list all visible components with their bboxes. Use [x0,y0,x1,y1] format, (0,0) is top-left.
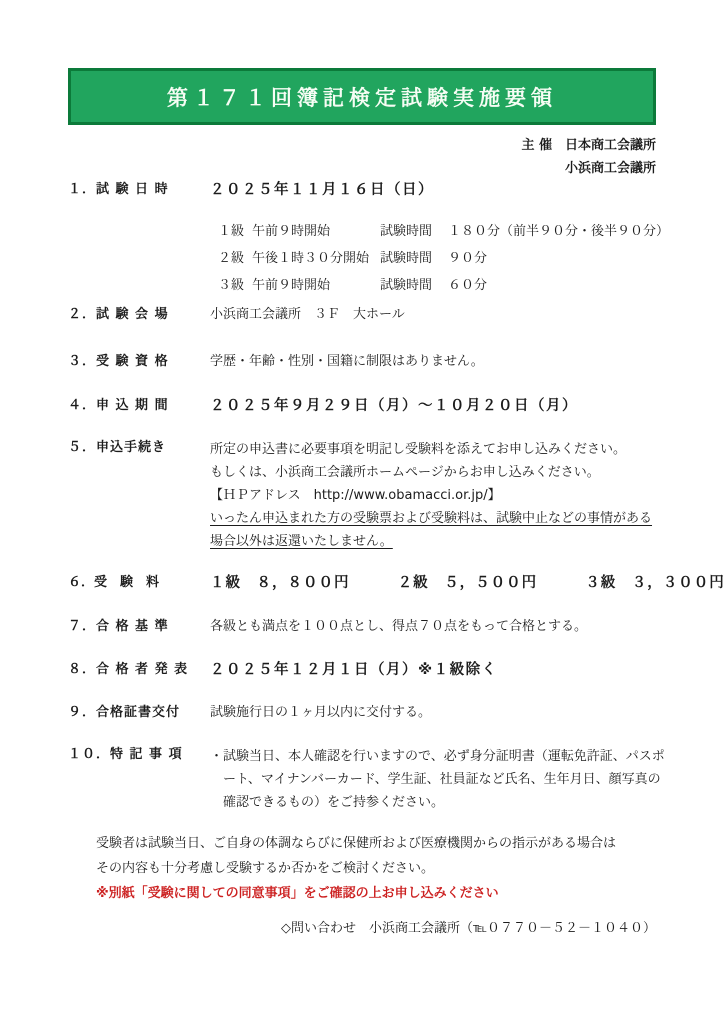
item-application-period: ４．申 込 期 間 ２０２５年９月２９日（月）～１０月２０日（月） [68,396,578,416]
procedure-line-url: 【ＨＰアドレス http://www.obamacci.or.jp/】 [210,484,652,507]
exam-duration-value: １８０分（前半９０分・後半９０分） [448,218,669,245]
grade-start-time: 午前９時開始 [252,272,380,299]
exam-duration-label: 試験時間 [380,245,448,272]
organizer-block: 主 催 日本商工会議所 小浜商工会議所 [521,134,656,180]
fees-label: ６．受 験 料 [68,573,210,594]
fees-values: １級 ８，８００円 ２級 ５，５００円 ３級 ３，３００円 [210,573,724,594]
item-passing-criteria: ７．合 格 基 準 各級とも満点を１００点とし、得点７０点をもって合格とする。 [68,617,587,637]
exam-duration-value: ６０分 [448,272,487,299]
health-note-block: 受験者は試験当日、ご自身の体調ならびに保健所および医療機関からの指示がある場合は… [96,831,616,906]
health-note-line-1: 受験者は試験当日、ご自身の体調ならびに保健所および医療機関からの指示がある場合は [96,831,616,856]
exam-time-row-grade2: ２級 午後１時３０分開始 試験時間 ９０分 [218,245,669,272]
organizer-line-1: 主 催 日本商工会議所 [521,134,656,157]
item-venue: ２．試 験 会 場 小浜商工会議所 ３Ｆ 大ホール [68,305,405,325]
results-announcement-label: ８．合 格 者 発 表 [68,660,210,680]
exam-time-row-grade1: １級 午前９時開始 試験時間 １８０分（前半９０分・後半９０分） [218,218,669,245]
contact-info: ◇問い合わせ 小浜商工会議所（℡０７７０－５２－１０４０） [281,917,656,936]
special-notes-line-3: 確認できるもの）をご持参ください。 [210,791,665,814]
venue-label: ２．試 験 会 場 [68,305,210,325]
passing-criteria-label: ７．合 格 基 準 [68,617,210,637]
application-period-label: ４．申 込 期 間 [68,396,210,416]
exam-duration-label: 試験時間 [380,218,448,245]
fee-grade1: １級 ８，８００円 [210,575,350,591]
grade-name: ３級 [218,272,252,299]
procedure-refund-note-line-2: 場合以外は返還いたしません。 [210,534,393,549]
document-page: 第１７１回簿記検定試験実施要領 主 催 日本商工会議所 小浜商工会議所 １．試 … [0,0,724,1024]
page-title: 第１７１回簿記検定試験実施要領 [167,82,557,112]
eligibility-value: 学歴・年齢・性別・国籍に制限はありません。 [210,352,484,372]
results-announcement-value: ２０２５年１２月１日（月）※１級除く [210,660,498,680]
item-application-procedure: ５．申込手続き 所定の申込書に必要事項を明記し受験料を添えてお申し込みください。… [68,438,652,553]
item-fees: ６．受 験 料 １級 ８，８００円 ２級 ５，５００円 ３級 ３，３００円 [68,573,724,594]
eligibility-label: ３．受 験 資 格 [68,352,210,372]
exam-times-table: １級 午前９時開始 試験時間 １８０分（前半９０分・後半９０分） ２級 午後１時… [218,218,669,299]
item-results-announcement: ８．合 格 者 発 表 ２０２５年１２月１日（月）※１級除く [68,660,498,680]
certificate-delivery-value: 試験施行日の１ヶ月以内に交付する。 [210,703,431,723]
exam-duration-value: ９０分 [448,245,487,272]
exam-datetime-label: １．試 験 日 時 [68,180,210,200]
procedure-refund-note-line-1: いったん申込まれた方の受験票および受験料は、試験中止などの事情がある [210,507,652,530]
title-banner: 第１７１回簿記検定試験実施要領 [68,68,656,125]
organizer-line-2: 小浜商工会議所 [521,157,656,180]
special-notes-label: １０．特 記 事 項 [68,745,210,814]
grade-start-time: 午前９時開始 [252,218,380,245]
health-note-line-2: その内容も十分考慮し受験するか否かをご検討ください。 [96,856,616,881]
grade-name: １級 [218,218,252,245]
grade-start-time: 午後１時３０分開始 [252,245,380,272]
special-notes-line-1: ・試験当日、本人確認を行いますので、必ず身分証明書（運転免許証、パスポ [210,745,665,768]
application-period-value: ２０２５年９月２９日（月）～１０月２０日（月） [210,396,578,416]
special-notes-lines: ・試験当日、本人確認を行いますので、必ず身分証明書（運転免許証、パスポ ート、マ… [210,745,665,814]
certificate-delivery-label: ９．合格証書交付 [68,703,210,723]
item-eligibility: ３．受 験 資 格 学歴・年齢・性別・国籍に制限はありません。 [68,352,484,372]
item-special-notes: １０．特 記 事 項 ・試験当日、本人確認を行いますので、必ず身分証明書（運転免… [68,745,665,814]
exam-datetime-value: ２０２５年１１月１６日（日） [210,180,434,200]
exam-duration-label: 試験時間 [380,272,448,299]
passing-criteria-value: 各級とも満点を１００点とし、得点７０点をもって合格とする。 [210,617,587,637]
special-notes-line-2: ート、マイナンバーカード、学生証、社員証など氏名、生年月日、顔写真の [210,768,665,791]
application-procedure-lines: 所定の申込書に必要事項を明記し受験料を添えてお申し込みください。 もしくは、小浜… [210,438,652,553]
fee-grade2: ２級 ５，５００円 [398,575,538,591]
item-certificate-delivery: ９．合格証書交付 試験施行日の１ヶ月以内に交付する。 [68,703,431,723]
exam-time-row-grade3: ３級 午前９時開始 試験時間 ６０分 [218,272,669,299]
item-exam-datetime: １．試 験 日 時 ２０２５年１１月１６日（日） [68,180,434,200]
procedure-line-1: 所定の申込書に必要事項を明記し受験料を添えてお申し込みください。 [210,438,652,461]
procedure-line-2: もしくは、小浜商工会議所ホームページからお申し込みください。 [210,461,652,484]
fee-grade3: ３級 ３，３００円 [585,575,724,591]
grade-name: ２級 [218,245,252,272]
venue-value: 小浜商工会議所 ３Ｆ 大ホール [210,305,405,325]
application-procedure-label: ５．申込手続き [68,438,210,553]
consent-red-note: ※別紙「受験に関しての同意事項」をご確認の上お申し込みください [96,881,616,906]
